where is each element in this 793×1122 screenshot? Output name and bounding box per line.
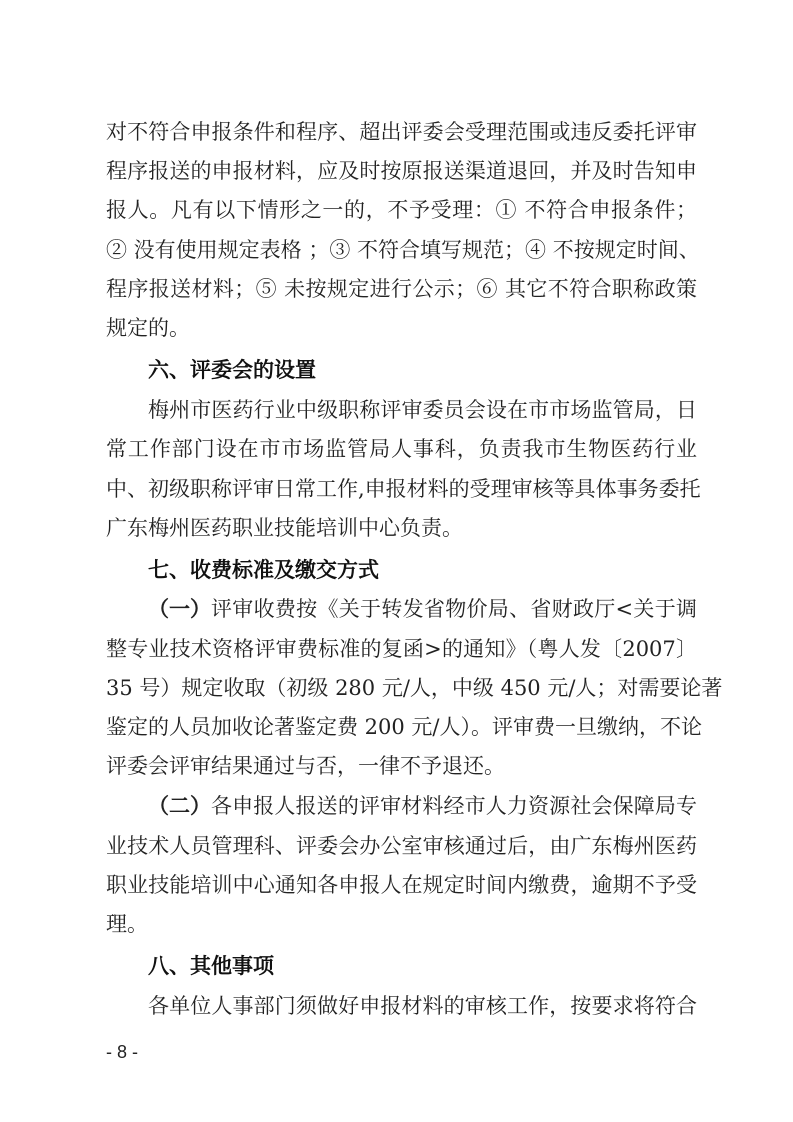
section-heading-8: 八、其他事项 xyxy=(148,951,274,981)
paragraph-line: 中、初级职称评审日常工作,申报材料的受理审核等具体事务委托 xyxy=(106,474,697,504)
item-marker-2: （二） xyxy=(148,791,211,821)
paragraph-text: 各申报人报送的评审材料经市人力资源社会保障局专 xyxy=(211,791,697,821)
paragraph-line: 梅州市医药行业中级职称评审委员会设在市市场监管局，日 xyxy=(148,395,697,425)
page-number: - 8 - xyxy=(106,1040,138,1064)
paragraph-line: 报人。凡有以下情形之一的，不予受理：① 不符合申报条件； xyxy=(106,195,697,225)
paragraph-line: （一） 评审收费按《关于转发省物价局、省财政厅<关于调 xyxy=(148,594,697,624)
paragraph-line: 广东梅州医药职业技能培训中心负责。 xyxy=(106,513,697,543)
paragraph-line: 业技术人员管理科、评委会办公室审核通过后，由广东梅州医药 xyxy=(106,831,697,861)
paragraph-text: 评审收费按《关于转发省物价局、省财政厅<关于调 xyxy=(211,594,697,624)
document-page: 对不符合申报条件和程序、超出评委会受理范围或违反委托评审 程序报送的申报材料，应… xyxy=(0,0,793,1122)
paragraph-line: 程序报送材料；⑤ 未按规定进行公示；⑥ 其它不符合职称政策 xyxy=(106,274,697,304)
paragraph-line: 鉴定的人员加收论著鉴定费 200 元/人）。评审费一旦缴纳，不论 xyxy=(106,712,697,742)
paragraph-line: 对不符合申报条件和程序、超出评委会受理范围或违反委托评审 xyxy=(106,117,697,147)
paragraph-line: ② 没有使用规定表格 ；③ 不符合填写规范；④ 不按规定时间、 xyxy=(106,235,697,265)
paragraph-line: 评委会评审结果通过与否，一律不予退还。 xyxy=(106,751,697,781)
paragraph-line: 各单位人事部门须做好申报材料的审核工作，按要求将符合 xyxy=(148,991,697,1021)
paragraph-line: 常工作部门设在市市场监管局人事科，负责我市生物医药行业 xyxy=(106,434,697,464)
paragraph-line: 整专业技术资格评审费标准的复函>的通知》（粤人发〔2007〕 xyxy=(106,634,697,664)
paragraph-line: 职业技能培训中心通知各申报人在规定时间内缴费，逾期不予受 xyxy=(106,870,697,900)
item-marker-1: （一） xyxy=(148,594,211,624)
paragraph-line: 35 号）规定收取（初级 280 元/人，中级 450 元/人；对需要论著 xyxy=(106,673,697,703)
section-heading-7: 七、收费标准及缴交方式 xyxy=(148,555,379,585)
paragraph-line: （二） 各申报人报送的评审材料经市人力资源社会保障局专 xyxy=(148,791,697,821)
section-heading-6: 六、评委会的设置 xyxy=(148,355,316,385)
paragraph-line: 理。 xyxy=(106,909,697,939)
paragraph-line: 程序报送的申报材料，应及时按原报送渠道退回，并及时告知申 xyxy=(106,156,697,186)
paragraph-line: 规定的。 xyxy=(106,313,697,343)
